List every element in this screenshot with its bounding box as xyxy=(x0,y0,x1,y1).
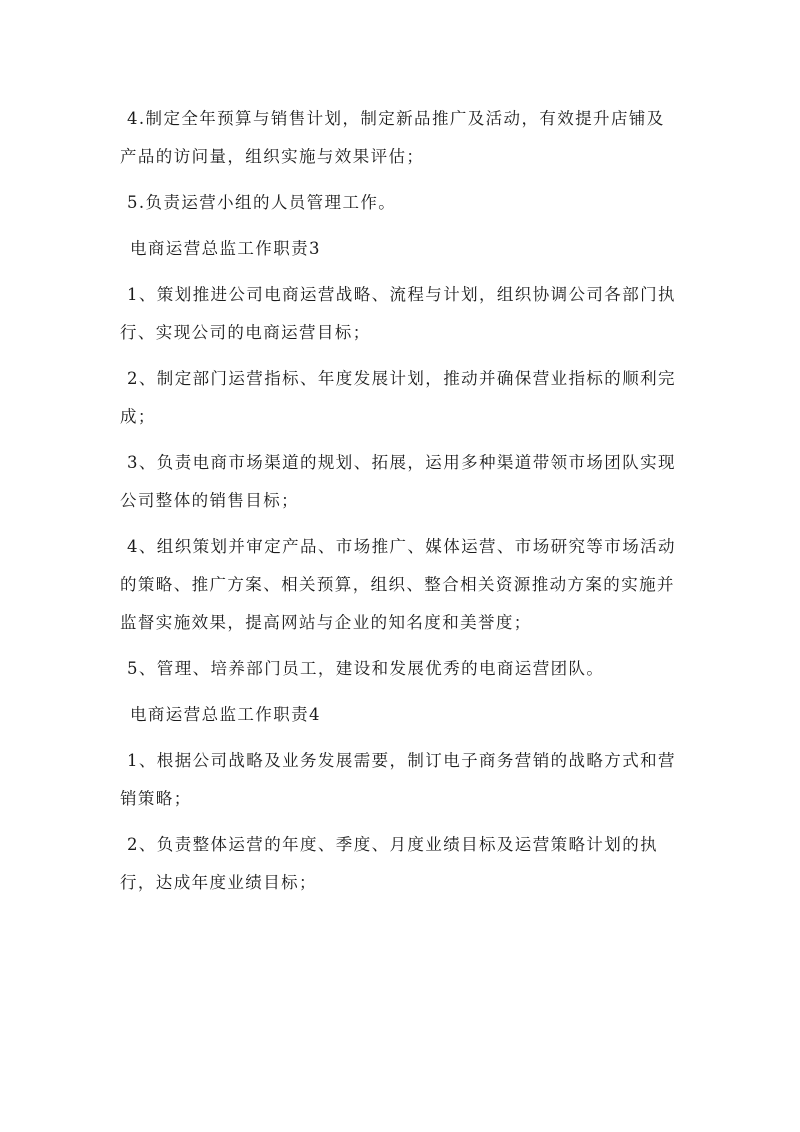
document-page: 4.制定全年预算与销售计划，制定新品推广及活动，有效提升店铺及产品的访问量，组织… xyxy=(120,100,682,910)
paragraph-s3-item-2: 2、制定部门运营指标、年度发展计划，推动并确保营业指标的顺利完成； xyxy=(120,360,682,436)
paragraph-s4-item-2: 2、负责整体运营的年度、季度、月度业绩目标及运营策略计划的执行，达成年度业绩目标… xyxy=(120,826,682,902)
paragraph-s3-item-4: 4、组织策划并审定产品、市场推广、媒体运营、市场研究等市场活动的策略、推广方案、… xyxy=(120,528,682,642)
paragraph-s4-item-1: 1、根据公司战略及业务发展需要，制订电子商务营销的战略方式和营销策略； xyxy=(120,742,682,818)
paragraph-item-5: 5.负责运营小组的人员管理工作。 xyxy=(120,184,682,222)
section-heading-4: 电商运营总监工作职责4 xyxy=(120,696,682,734)
section-heading-3: 电商运营总监工作职责3 xyxy=(120,230,682,268)
paragraph-s3-item-5: 5、管理、培养部门员工，建设和发展优秀的电商运营团队。 xyxy=(120,650,682,688)
paragraph-item-4: 4.制定全年预算与销售计划，制定新品推广及活动，有效提升店铺及产品的访问量，组织… xyxy=(120,100,682,176)
paragraph-s3-item-1: 1、策划推进公司电商运营战略、流程与计划，组织协调公司各部门执行、实现公司的电商… xyxy=(120,276,682,352)
paragraph-s3-item-3: 3、负责电商市场渠道的规划、拓展，运用多种渠道带领市场团队实现公司整体的销售目标… xyxy=(120,444,682,520)
